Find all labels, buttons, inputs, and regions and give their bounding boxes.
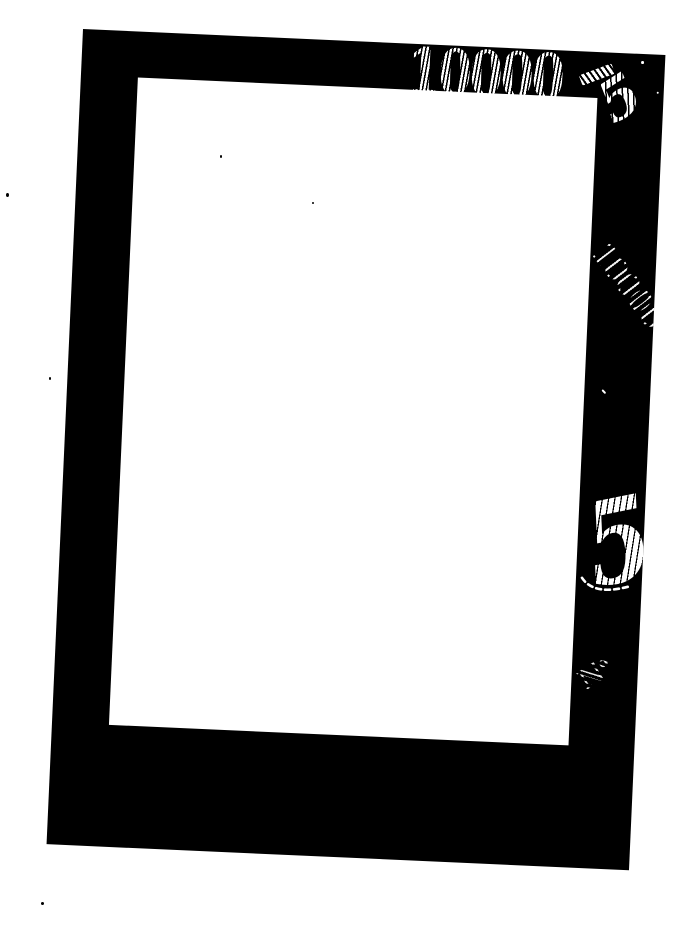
scan-speck	[49, 377, 51, 380]
white-fleck	[657, 92, 659, 94]
white-fleck	[601, 389, 606, 394]
top-denomination-numeral: 10000	[406, 40, 564, 110]
numeral-underline-swash	[578, 574, 635, 600]
scan-speck	[6, 193, 9, 197]
scanned-ticket-frame: 10000 5 10000 5 No	[47, 29, 666, 870]
scan-speck	[220, 155, 222, 158]
numero-sign: No	[574, 654, 617, 695]
diagonal-denomination-numeral: 10000	[584, 236, 665, 334]
white-fleck	[641, 61, 644, 64]
scan-speck	[41, 902, 44, 905]
blank-aperture	[109, 78, 597, 746]
scan-speck	[312, 202, 314, 204]
